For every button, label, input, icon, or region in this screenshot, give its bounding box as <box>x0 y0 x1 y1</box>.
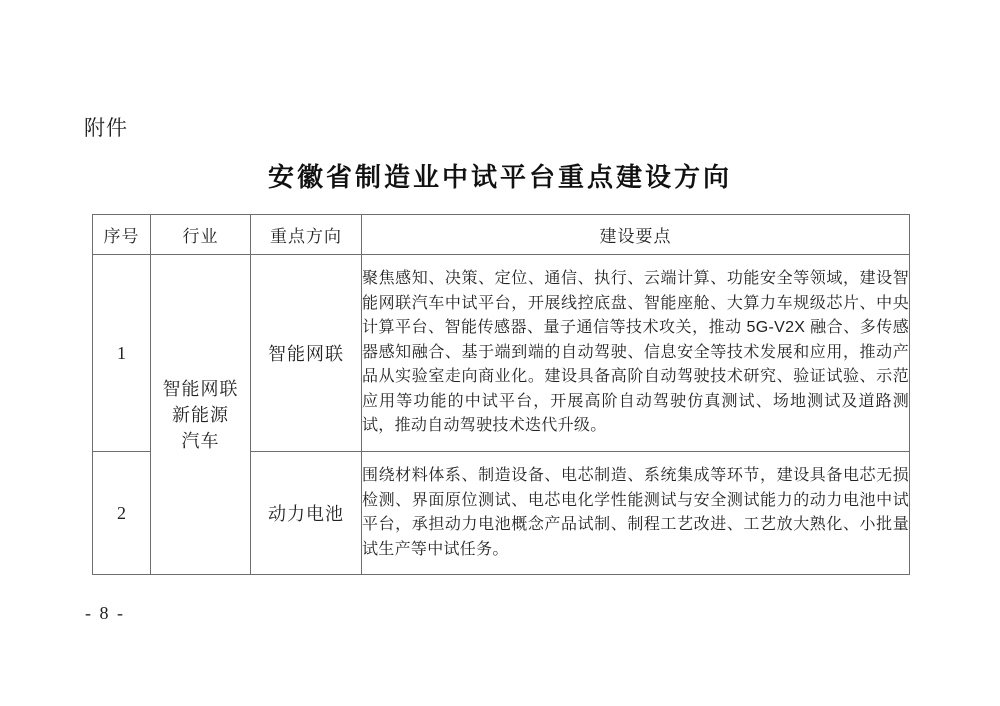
direction-cell-2: 动力电池 <box>251 452 362 575</box>
header-seq: 序号 <box>93 215 151 255</box>
points-cell-2: 围绕材料体系、制造设备、电芯制造、系统集成等环节，建设具备电芯无损检测、界面原位… <box>362 452 910 575</box>
directions-table: 序号 行业 重点方向 建设要点 1 智能网联 新能源 汽车 智能网联 聚焦感知、… <box>92 214 910 575</box>
industry-cell: 智能网联 新能源 汽车 <box>151 255 251 575</box>
table-header-row: 序号 行业 重点方向 建设要点 <box>93 215 910 255</box>
points-text-2: 围绕材料体系、制造设备、电芯制造、系统集成等环节，建设具备电芯无损检测、界面原位… <box>362 464 909 562</box>
header-points: 建设要点 <box>362 215 910 255</box>
attachment-label: 附件 <box>84 112 128 142</box>
points-cell-1: 聚焦感知、决策、定位、通信、执行、云端计算、功能安全等领域，建设智能网联汽车中试… <box>362 255 910 452</box>
page-number: - 8 - <box>85 603 125 624</box>
page-title: 安徽省制造业中试平台重点建设方向 <box>0 157 1000 194</box>
document-page: 附件 安徽省制造业中试平台重点建设方向 序号 行业 重点方向 建设要点 1 智能… <box>0 0 1000 706</box>
header-direction: 重点方向 <box>251 215 362 255</box>
industry-line-1: 智能网联 <box>151 376 250 402</box>
points-text-1: 聚焦感知、决策、定位、通信、执行、云端计算、功能安全等领域，建设智能网联汽车中试… <box>362 267 909 439</box>
header-industry: 行业 <box>151 215 251 255</box>
seq-cell-1: 1 <box>93 255 151 452</box>
industry-line-3: 汽车 <box>151 428 250 454</box>
industry-line-2: 新能源 <box>151 402 250 428</box>
direction-cell-1: 智能网联 <box>251 255 362 452</box>
table-row: 1 智能网联 新能源 汽车 智能网联 聚焦感知、决策、定位、通信、执行、云端计算… <box>93 255 910 452</box>
seq-cell-2: 2 <box>93 452 151 575</box>
